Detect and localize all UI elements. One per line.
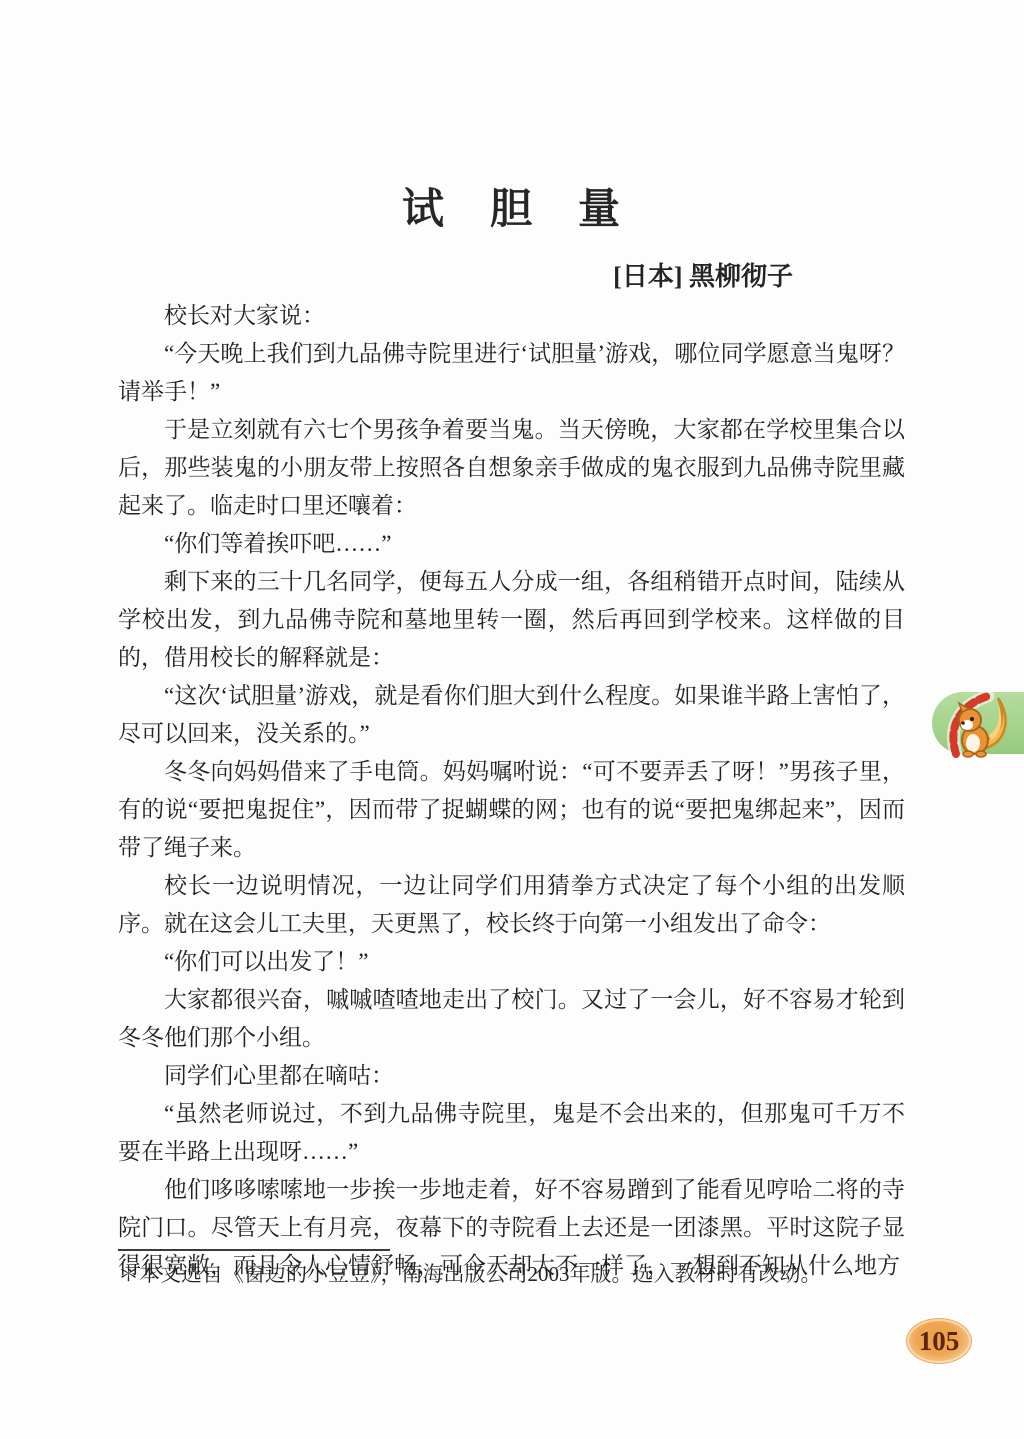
textbook-page: 试 胆 量 [日本] 黑柳彻子 校长对大家说： “今天晚上我们到九品佛寺院里进行… [0,0,1024,1439]
squirrel-belly [966,734,980,752]
footnote-block: ＊本文选自《窗边的小豆豆》，南海出版公司2003年版。选入教材时有改动。 [118,1249,905,1289]
squirrel-foot [963,751,973,757]
unit-side-tab [932,692,1024,754]
paragraph: 冬冬向妈妈借来了手电筒。妈妈嘱咐说：“可不要弄丢了呀！”男孩子里，有的说“要把鬼… [118,753,905,867]
footnote: ＊本文选自《窗边的小豆豆》，南海出版公司2003年版。选入教材时有改动。 [118,1259,905,1289]
squirrel-eye [970,717,974,721]
paragraph: “你们可以出发了！” [118,943,905,981]
paragraph: “虽然老师说过，不到九品佛寺院里，鬼是不会出来的，但那鬼可千万不要在半路上出现呀… [118,1095,905,1171]
paragraph: 同学们心里都在嘀咕： [118,1057,905,1095]
paragraph: 校长一边说明情况，一边让同学们用猜拳方式决定了每个小组的出发顺序。就在这会儿工夫… [118,867,905,943]
article-body: 校长对大家说： “今天晚上我们到九品佛寺院里进行‘试胆量’游戏，哪位同学愿意当鬼… [118,297,905,1285]
paragraph: 于是立刻就有六七个男孩争着要当鬼。当天傍晚，大家都在学校里集合以后，那些装鬼的小… [118,411,905,525]
paragraph: “这次‘试胆量’游戏，就是看你们胆大到什么程度。如果谁半路上害怕了，尽可以回来，… [118,677,905,753]
paragraph: “你们等着挨吓吧……” [118,525,905,563]
article-title: 试 胆 量 [0,176,1024,236]
squirrel-nose [961,721,965,725]
paragraph: 剩下来的三十几名同学，便每五人分成一组，各组稍错开点时间，陆续从学校出发，到九品… [118,563,905,677]
squirrel-mascot-icon [948,670,1018,766]
paragraph: 校长对大家说： [118,297,905,335]
paragraph: “今天晚上我们到九品佛寺院里进行‘试胆量’游戏，哪位同学愿意当鬼呀？请举手！” [118,335,905,411]
page-number-badge: 105 [906,1318,972,1364]
footnote-divider [118,1249,390,1251]
paragraph: 大家都很兴奋，嘁嘁喳喳地走出了校门。又过了一会儿，好不容易才轮到冬冬他们那个小组… [118,981,905,1057]
article-author: [日本] 黑柳彻子 [118,256,905,293]
squirrel-foot [976,751,986,757]
